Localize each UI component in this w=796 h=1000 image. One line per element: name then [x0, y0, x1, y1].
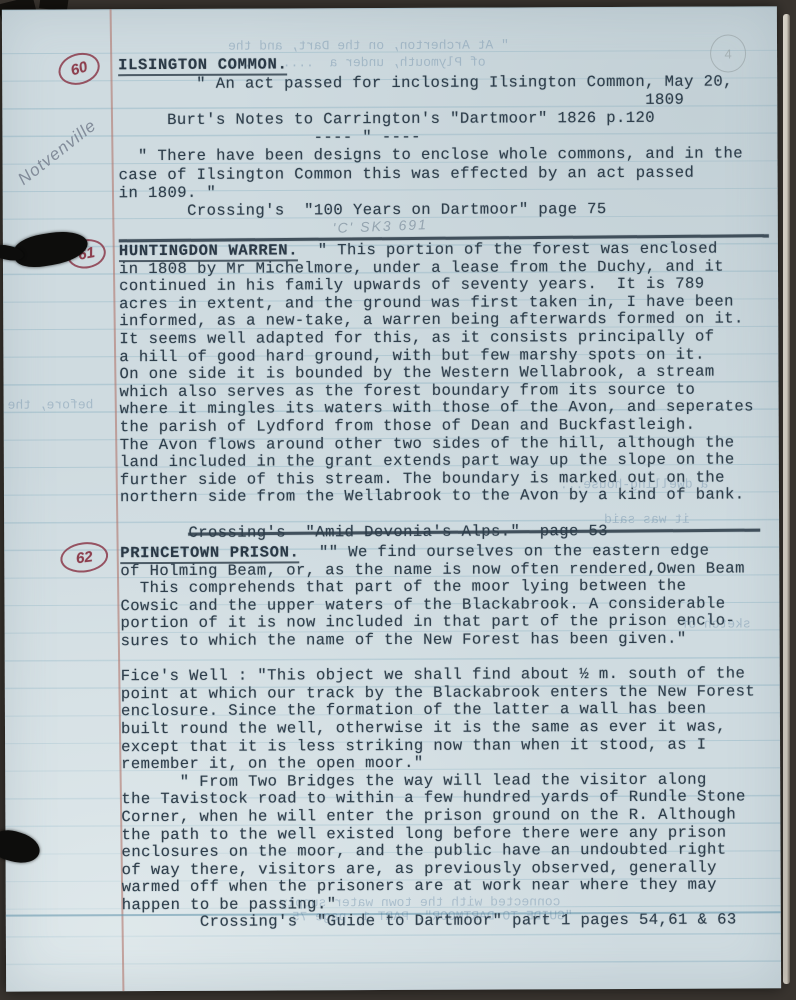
typed-line: case of Ilsington Common this was effect…	[119, 163, 775, 184]
section-body: in 1808 by Mr Michelmore, under a lease …	[119, 258, 776, 542]
heading-suffix: "" We find ourselves on the eastern edge	[299, 542, 709, 562]
typed-line: northern side from the Wellabrook to the…	[120, 487, 776, 507]
typed-line: Crossing's "100 Years on Dartmoor" page …	[119, 199, 775, 220]
bleedthrough-text: before, the	[8, 397, 94, 412]
faint-circle-stamp: 4	[710, 34, 746, 72]
section-body: " An act passed for inclosing Ilsington …	[118, 72, 775, 220]
bleedthrough-text: " At Archerton, on the Dart, and the	[228, 37, 509, 53]
underlying-page-edge	[783, 14, 790, 984]
notebook-page: " At Archerton, on the Dart, and the of …	[2, 6, 781, 991]
margin-handwriting: Notvenville	[14, 116, 100, 190]
typed-line: Crossing's "Guide to Dartmoor" part 1 pa…	[122, 912, 778, 932]
pencil-note: 'C' SK3 691	[333, 216, 429, 236]
typed-line: sures to which the name of the New Fores…	[121, 630, 777, 650]
section-ilsington-common: ILSINGTON COMMON. " An act passed for in…	[118, 54, 775, 220]
typed-line: 1809	[118, 90, 774, 111]
typed-line: Crossing's "Amid Devonia's Alps." page 5…	[120, 522, 776, 542]
circled-number-62: 62	[59, 539, 110, 575]
typed-line: " There have been designs to enclose who…	[118, 145, 774, 166]
typed-line: warmed off when the prisoners are at wor…	[122, 877, 778, 897]
section-huntingdon-warren: HUNTINGDON WARREN. " This portion of the…	[119, 240, 776, 542]
section-princetown-prison: PRINCETOWN PRISON. "" We find ourselves …	[120, 542, 778, 932]
circled-number-60: 60	[55, 48, 104, 90]
typed-line: except that it is less striking now than…	[121, 736, 777, 756]
heading-suffix: " This portion of the forest was enclose…	[298, 240, 718, 260]
section-heading: ILSINGTON COMMON.	[118, 55, 287, 76]
section-body: of Holming Beam, or, as the name is now …	[120, 560, 778, 932]
